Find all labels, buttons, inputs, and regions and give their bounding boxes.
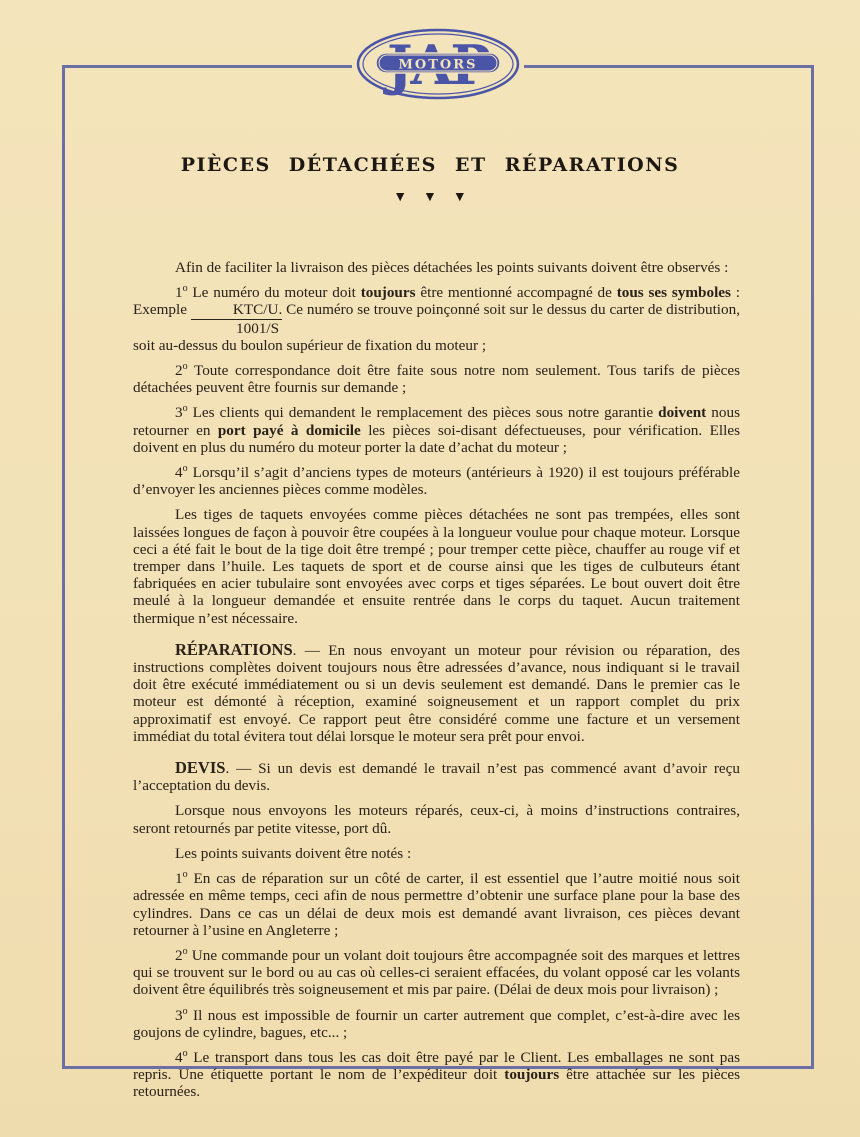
triangle-ornament-icon: ▼▼▼ [0,190,860,206]
page-title: PIÈCES DÉTACHÉES ET RÉPARATIONS [0,154,860,176]
svg-text:MOTORS: MOTORS [399,58,478,73]
return-paragraph: Lorsque nous envoyons les moteurs réparé… [133,802,740,836]
devis-paragraph: DEVIS. — Si un devis est demandé le trav… [133,759,740,794]
devis-heading: DEVIS [175,758,225,777]
point-b-1: 1o En cas de réparation sur un côté de c… [133,870,740,939]
point-b-3: 3o Il nous est impossible de fournir un … [133,1007,740,1041]
notes-intro: Les points suivants doivent être notés : [133,845,740,862]
point-b-4: 4o Le transport dans tous les cas doit ê… [133,1049,740,1101]
reparations-heading: RÉPARATIONS [175,640,293,659]
point-b-2: 2o Une commande pour un volant doit touj… [133,947,740,999]
tappets-paragraph: Les tiges de taquets envoyées comme pièc… [133,506,740,626]
document-body: Afin de faciliter la livraison des pièce… [133,259,740,1109]
reparations-paragraph: RÉPARATIONS. — En nous envoyant un moteu… [133,641,740,745]
point-a-1: 1o Le numéro du moteur doit toujours êtr… [133,284,740,354]
engine-number-fraction: KTC/U.1001/S [191,301,282,336]
point-a-2: 2o Toute correspondance doit être faite … [133,362,740,396]
point-a-4: 4o Lorsqu’il s’agit d’anciens types de m… [133,464,740,498]
jap-motors-logo-icon: JAP MOTORS [356,28,520,100]
intro-paragraph: Afin de faciliter la livraison des pièce… [133,259,740,276]
document-page: JAP MOTORS PIÈCES DÉTACHÉES ET RÉPARATIO… [0,0,860,1137]
point-a-3: 3o Les clients qui demandent le remplace… [133,404,740,456]
